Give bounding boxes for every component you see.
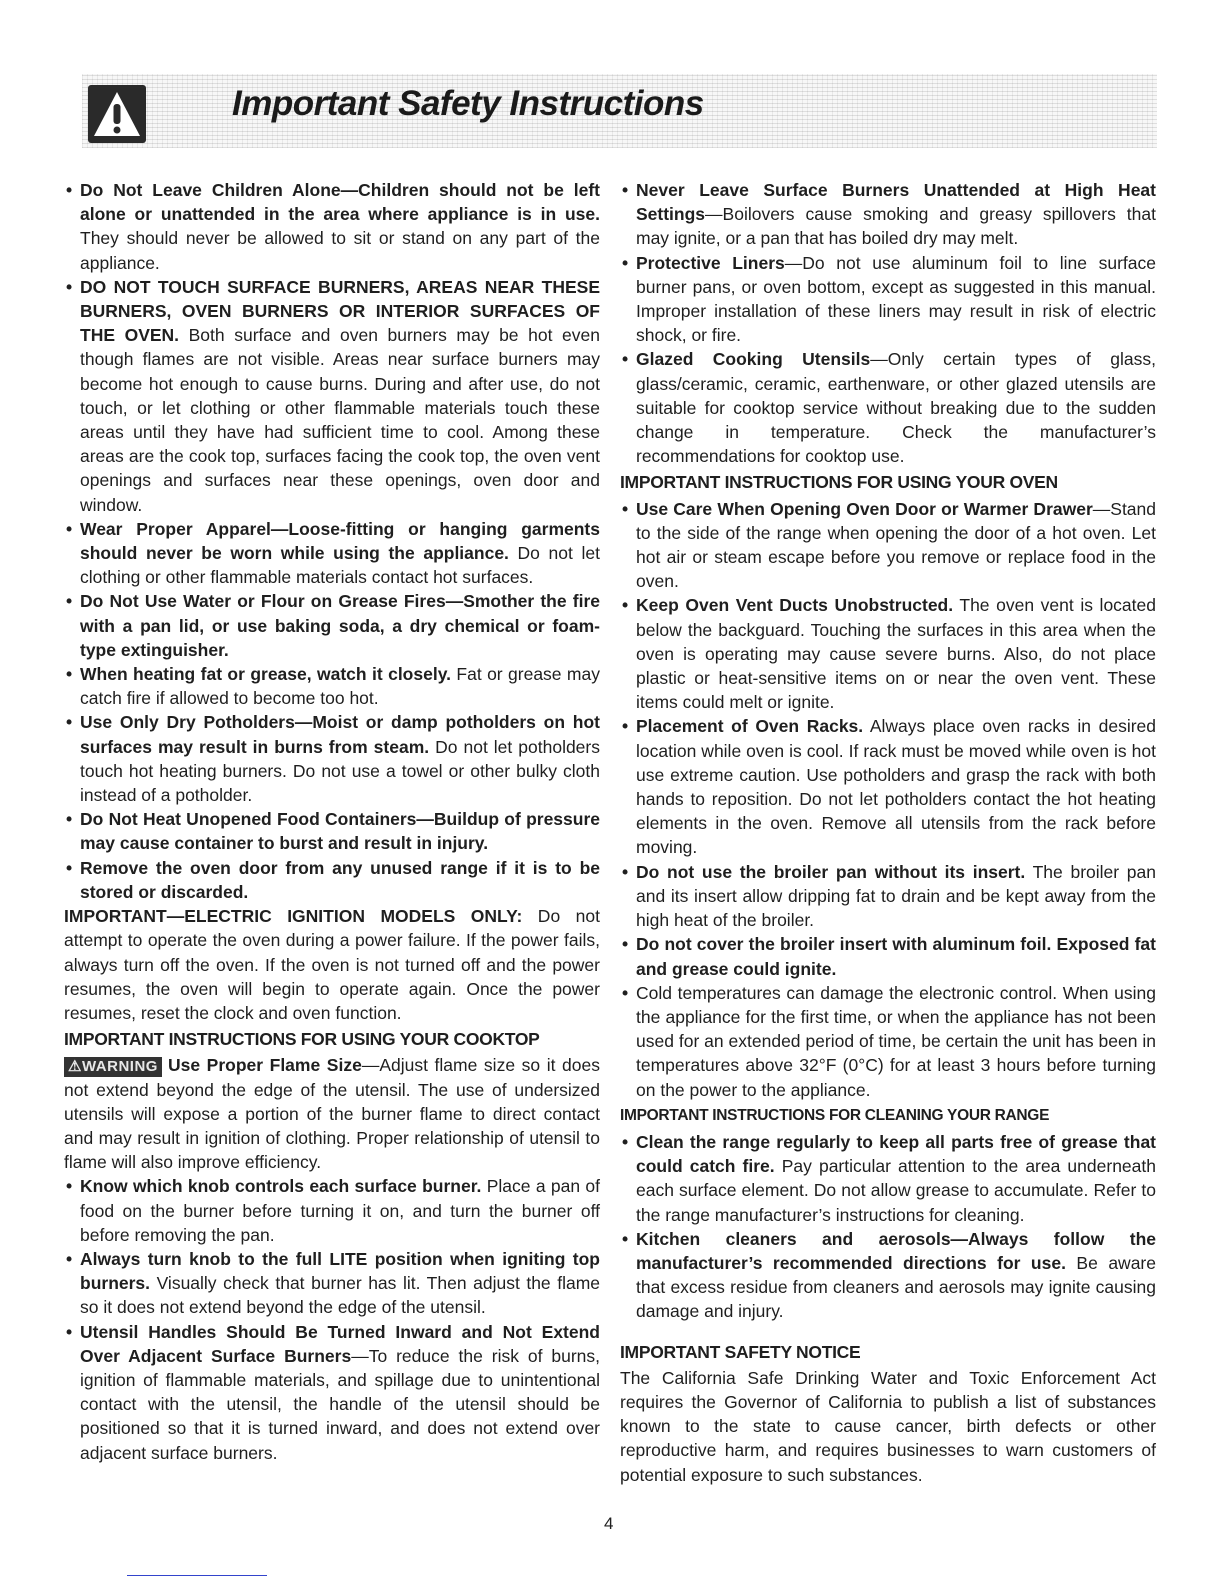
warning-triangle-icon	[88, 85, 146, 143]
list-item: •Do not cover the broiler insert with al…	[620, 932, 1156, 980]
list-item: •Protective Liners—Do not use aluminum f…	[620, 251, 1156, 348]
page-title: Important Safety Instructions	[232, 84, 704, 124]
list-item: •Kitchen cleaners and aerosols—Always fo…	[620, 1227, 1156, 1324]
list-item: •Do Not Leave Children Alone—Children sh…	[64, 178, 600, 275]
electric-ignition-note: IMPORTANT—ELECTRIC IGNITION MODELS ONLY:…	[64, 904, 600, 1025]
oven-heading: IMPORTANT INSTRUCTIONS FOR USING YOUR OV…	[620, 470, 1156, 494]
list-item: •Do Not Use Water or Flour on Grease Fir…	[64, 589, 600, 662]
list-item: •Clean the range regularly to keep all p…	[620, 1130, 1156, 1227]
left-column: •Do Not Leave Children Alone—Children sh…	[64, 178, 600, 1465]
list-item: •Glazed Cooking Utensils—Only certain ty…	[620, 347, 1156, 468]
warning-badge: ⚠WARNING	[64, 1057, 162, 1077]
list-item: •Know which knob controls each surface b…	[64, 1174, 600, 1247]
list-item: •Do not use the broiler pan without its …	[620, 860, 1156, 933]
footer-link-underline	[127, 1575, 267, 1576]
list-item: •Use Only Dry Potholders—Moist or damp p…	[64, 710, 600, 807]
list-item: •Use Care When Opening Oven Door or Warm…	[620, 497, 1156, 594]
safety-notice-text: The California Safe Drinking Water and T…	[620, 1366, 1156, 1487]
page-number: 4	[604, 1514, 613, 1534]
safety-notice-heading: IMPORTANT SAFETY NOTICE	[620, 1340, 1156, 1364]
list-item: •Always turn knob to the full LITE posit…	[64, 1247, 600, 1320]
flame-size-warning: ⚠WARNINGUse Proper Flame Size—Adjust fla…	[64, 1053, 600, 1174]
cleaning-heading: IMPORTANT INSTRUCTIONS FOR CLEANING YOUR…	[620, 1104, 1156, 1128]
cooktop-heading: IMPORTANT INSTRUCTIONS FOR USING YOUR CO…	[64, 1027, 600, 1051]
list-item: •Utensil Handles Should Be Turned Inward…	[64, 1320, 600, 1465]
list-item: •Keep Oven Vent Ducts Unobstructed. The …	[620, 593, 1156, 714]
right-column: •Never Leave Surface Burners Unattended …	[620, 178, 1156, 1487]
list-item: •Cold temperatures can damage the electr…	[620, 981, 1156, 1102]
list-item: •Remove the oven door from any unused ra…	[64, 856, 600, 904]
list-item: •Do Not Heat Unopened Food Containers—Bu…	[64, 807, 600, 855]
list-item: •Wear Proper Apparel—Loose-fitting or ha…	[64, 517, 600, 590]
list-item: •Never Leave Surface Burners Unattended …	[620, 178, 1156, 251]
list-item: •DO NOT TOUCH SURFACE BURNERS, AREAS NEA…	[64, 275, 600, 517]
list-item: •Placement of Oven Racks. Always place o…	[620, 714, 1156, 859]
list-item: •When heating fat or grease, watch it cl…	[64, 662, 600, 710]
